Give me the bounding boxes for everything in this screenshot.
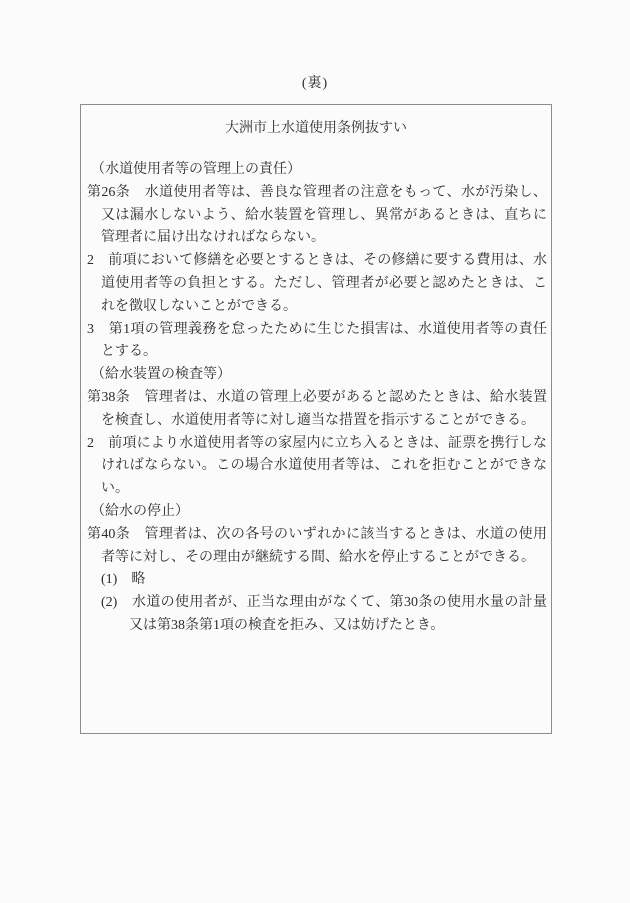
paragraph-item: (1) 略 — [87, 569, 547, 592]
paragraph-article: 第40条 管理者は、次の各号のいずれかに該当するときは、水道の使用者等に対し、そ… — [87, 524, 547, 570]
paragraph-article: 第26条 水道使用者等は、善良な管理者の注意をもって、水が汚染し、又は漏水しない… — [87, 182, 547, 250]
ordinance-body: （水道使用者等の管理上の責任）第26条 水道使用者等は、善良な管理者の注意をもっ… — [87, 159, 547, 638]
ordinance-box: 大洲市上水道使用条例抜すい （水道使用者等の管理上の責任）第26条 水道使用者等… — [80, 104, 552, 734]
ordinance-title: 大洲市上水道使用条例抜すい — [87, 117, 545, 140]
page: { "page": { "side_label": "(裏)", "docume… — [0, 0, 630, 903]
paragraph-para: 2 前項により水道使用者等の家屋内に立ち入るときは、証票を携行しなければならない… — [87, 433, 547, 501]
paragraph-item: (2) 水道の使用者が、正当な理由がなくて、第30条の使用水量の計量又は第38条… — [87, 592, 547, 638]
paragraph-header: （給水の停止） — [87, 501, 547, 524]
page-side-label: (裏) — [0, 72, 630, 95]
paragraph-para: 2 前項において修繕を必要とするときは、その修繕に要する費用は、水道使用者等の負… — [87, 250, 547, 318]
paragraph-header: （水道使用者等の管理上の責任） — [87, 159, 547, 182]
paragraph-para: 3 第1項の管理義務を怠ったために生じた損害は、水道使用者等の責任とする。 — [87, 319, 547, 365]
paragraph-header: （給水装置の検査等） — [87, 364, 547, 387]
paragraph-article: 第38条 管理者は、水道の管理上必要があると認めたときは、給水装置を検査し、水道… — [87, 387, 547, 433]
